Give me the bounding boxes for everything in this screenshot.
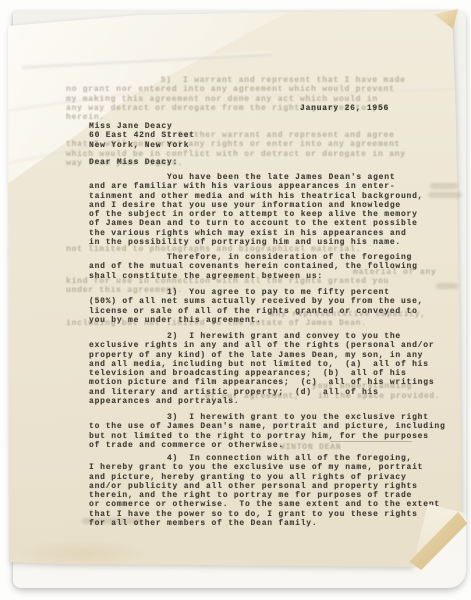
letter-date: January 26, 1956 <box>300 104 389 113</box>
bleedthrough-smudge <box>428 192 462 198</box>
letter-clause-2: 2) I herewith grant and convey to you th… <box>89 332 434 406</box>
letter-clause-4: 4) In connection with all of the foregoi… <box>89 454 440 528</box>
letter-paragraph-intro: You have been the late James Dean's agen… <box>89 173 423 247</box>
salutation: Dear Miss Deacy: <box>89 158 178 167</box>
letter-clause-1: 1) You agree to pay to me fifty percent … <box>89 288 423 325</box>
scanned-letter-page: 5) I warrant and represent that I have m… <box>0 0 471 600</box>
letter-paragraph-therefore: Therefore, in consideration of the foreg… <box>89 253 418 281</box>
bleedthrough-warrant-clause: 5) I warrant and represent that I have m… <box>66 76 406 122</box>
bleedthrough-smudge <box>430 183 458 189</box>
recipient-address: Miss Jane Deacy 60 East 42nd Street New … <box>89 122 195 150</box>
letter-clause-3: 3) I herewith grant to you the exclusive… <box>89 413 446 450</box>
bleedthrough-smudge <box>436 283 458 289</box>
